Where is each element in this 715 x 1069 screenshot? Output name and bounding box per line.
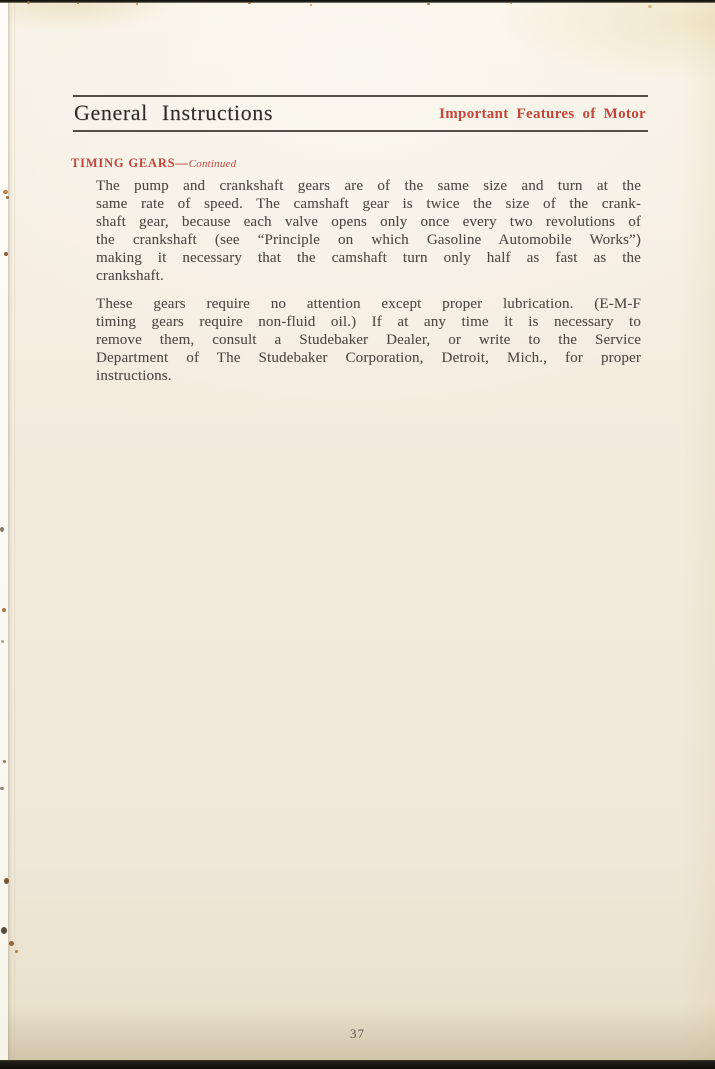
paper-speck xyxy=(136,3,138,5)
section-title: TIMING GEARS xyxy=(71,156,175,170)
paper-speck xyxy=(0,527,4,532)
paper-speck xyxy=(3,190,8,194)
running-head: Important Features of Motor xyxy=(439,106,646,123)
paper-speck xyxy=(15,950,18,953)
text-line: making it necessary that the camshaft tu… xyxy=(96,249,641,267)
text-line: Department of The Studebaker Corporation… xyxy=(96,349,641,367)
paper-speck xyxy=(4,252,8,256)
page-title: General Instructions xyxy=(74,100,273,126)
bottom-shading xyxy=(0,1005,715,1060)
paper-speck xyxy=(248,2,251,4)
text-line: timing gears require non-fluid oil.) If … xyxy=(96,313,641,331)
paper-speck xyxy=(77,2,79,4)
header-rule-bottom xyxy=(73,130,648,132)
paragraph-2: These gears require no attention except … xyxy=(96,295,641,385)
scan-bottom-edge xyxy=(0,1060,715,1069)
text-line: shaft gear, because each valve opens onl… xyxy=(96,213,641,231)
paper-speck xyxy=(27,1,30,4)
body-text: The pump and crankshaft gears are of the… xyxy=(96,177,641,395)
page-edge-crease xyxy=(8,0,13,1069)
text-line: remove them, consult a Studebaker Dealer… xyxy=(96,331,641,349)
page-surface: General Instructions Important Features … xyxy=(0,0,715,1069)
paper-speck xyxy=(1,640,4,643)
text-line: crankshaft. xyxy=(96,267,641,285)
paper-speck xyxy=(648,5,652,8)
section-dash: — xyxy=(175,156,188,170)
scan-top-edge xyxy=(0,0,715,3)
scanner-edge-strip xyxy=(0,0,8,1069)
paper-speck xyxy=(510,2,512,4)
text-line: The pump and crankshaft gears are of the… xyxy=(96,177,641,195)
header-rule-top xyxy=(73,95,648,97)
section-heading: TIMING GEARS—Continued xyxy=(71,154,236,172)
text-line: instructions. xyxy=(96,367,641,385)
text-line: the crankshaft (see “Principle on which … xyxy=(96,231,641,249)
text-line: These gears require no attention except … xyxy=(96,295,641,313)
paper-speck xyxy=(0,787,4,790)
paper-speck xyxy=(9,941,14,946)
paper-speck xyxy=(3,760,6,763)
paper-speck xyxy=(1,927,7,934)
paper-speck xyxy=(2,608,6,612)
page-edge-crease-2 xyxy=(14,0,16,1069)
paper-speck xyxy=(4,878,9,884)
paper-speck xyxy=(427,3,430,5)
scanned-page: General Instructions Important Features … xyxy=(0,0,715,1069)
paragraph-1: The pump and crankshaft gears are of the… xyxy=(96,177,641,285)
paper-speck xyxy=(6,196,9,199)
paper-speck xyxy=(310,4,312,6)
section-continued-label: Continued xyxy=(189,158,237,170)
text-line: same rate of speed. The camshaft gear is… xyxy=(96,195,641,213)
